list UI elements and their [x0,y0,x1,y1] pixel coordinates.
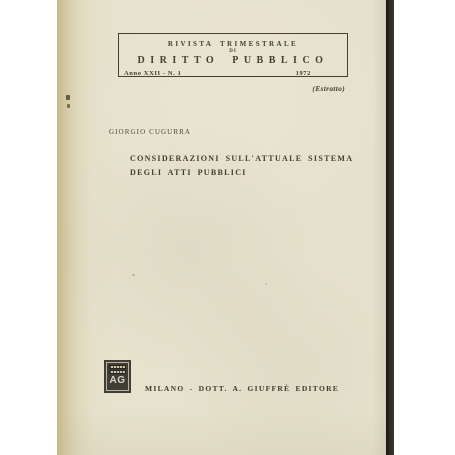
journal-name-connector: DI [119,49,347,54]
paper-blemish [265,283,267,285]
publisher-imprint: MILANO - DOTT. A. GIUFFRÈ EDITORE [145,384,339,393]
journal-name-line2: DIRITTO PUBBLICO [119,55,347,66]
journal-name-line1: RIVISTA TRIMESTRALE [119,41,347,48]
article-title-line1: CONSIDERAZIONI SULL'ATTUALE SISTEMA [130,152,353,166]
scanned-cover-photo: RIVISTA TRIMESTRALE DI DIRITTO PUBBLICO … [0,0,455,455]
publisher-logo-frame: AG [106,362,129,391]
issue-row: Anno XXII - N. 1 1972 [119,70,347,77]
logo-text-strip [109,365,126,369]
logo-text-strip [109,370,126,374]
ink-speck [66,95,70,100]
paper-blemish [132,274,135,276]
book-edge-shadow [386,0,394,455]
journal-masthead-box: RIVISTA TRIMESTRALE DI DIRITTO PUBBLICO … [118,33,348,77]
article-title: CONSIDERAZIONI SULL'ATTUALE SISTEMA DEGL… [130,152,353,180]
ink-speck [67,104,70,108]
issue-number: Anno XXII - N. 1 [124,70,181,77]
publisher-monogram: AG [110,375,126,386]
author-name: GIORGIO CUGURRA [109,128,191,136]
extract-label: (Estratto) [312,84,345,93]
article-title-line2: DEGLI ATTI PUBBLICI [130,166,353,180]
issue-year: 1972 [296,70,311,77]
journal-cover-page: RIVISTA TRIMESTRALE DI DIRITTO PUBBLICO … [57,0,386,455]
publisher-logo: AG [104,360,131,393]
